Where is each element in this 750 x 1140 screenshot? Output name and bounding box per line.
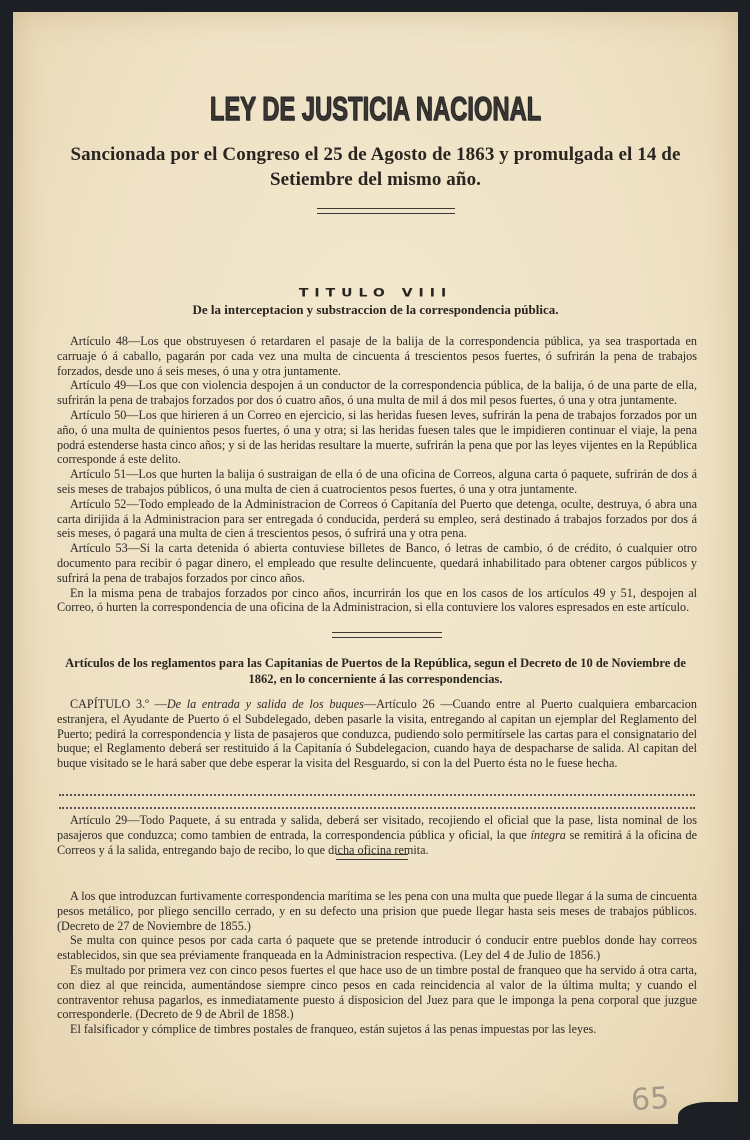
article-49: Artículo 49—Los que con violencia despoj… (57, 378, 697, 408)
article-52: Artículo 52—Todo empleado de la Administ… (57, 497, 697, 541)
paragraph-quince-pesos: Se multa con quince pesos por cada carta… (57, 933, 697, 963)
article-29-block: Artículo 29—Todo Paquete, á su entrada y… (57, 813, 697, 857)
paragraph-falsificador: El falsificador y cómplice de timbres po… (57, 1022, 697, 1037)
section1-articles: Artículo 48—Los que obstruyesen ó retard… (57, 334, 697, 615)
article-48: Artículo 48—Los que obstruyesen ó retard… (57, 334, 697, 378)
article-51: Artículo 51—Los que hurten la balija ó s… (57, 467, 697, 497)
article-29-italic: íntegra (531, 828, 566, 842)
section2-body: CAPÍTULO 3.º —De la entrada y salida de … (57, 697, 697, 771)
document-page: LEY DE JUSTICIA NACIONAL Sancionada por … (13, 12, 738, 1124)
article-26: CAPÍTULO 3.º —De la entrada y salida de … (57, 697, 697, 771)
section3-body: A los que introduzcan furtivamente corre… (57, 889, 697, 1037)
divider (317, 208, 455, 214)
chapter-title: De la entrada y salida de los buques (167, 697, 364, 711)
section-title-titulo-viii: TITULO VIII (13, 286, 738, 300)
article-50: Artículo 50—Los que hirieren á un Correo… (57, 408, 697, 467)
article-53: Artículo 53—Si la carta detenida ó abier… (57, 541, 697, 585)
pencil-page-number: 65 (630, 1081, 671, 1119)
document-subtitle: Sancionada por el Congreso el 25 de Agos… (53, 142, 698, 192)
paragraph-maritime: A los que introduzcan furtivamente corre… (57, 889, 697, 933)
divider (332, 632, 442, 638)
section2-heading: Artículos de los reglamentos para las Ca… (53, 655, 698, 687)
paragraph-timbre: Es multado por primera vez con cinco pes… (57, 963, 697, 1022)
article-53-addendum: En la misma pena de trabajos forzados po… (57, 586, 697, 616)
ellipsis-row (59, 807, 695, 811)
section-subheading: De la interceptacion y substraccion de l… (53, 302, 698, 318)
chapter-label: CAPÍTULO 3.º — (70, 697, 167, 711)
ellipsis-row (59, 794, 695, 798)
article-29: Artículo 29—Todo Paquete, á su entrada y… (57, 813, 697, 857)
document-title: LEY DE JUSTICIA NACIONAL (115, 90, 637, 128)
divider (336, 854, 408, 860)
